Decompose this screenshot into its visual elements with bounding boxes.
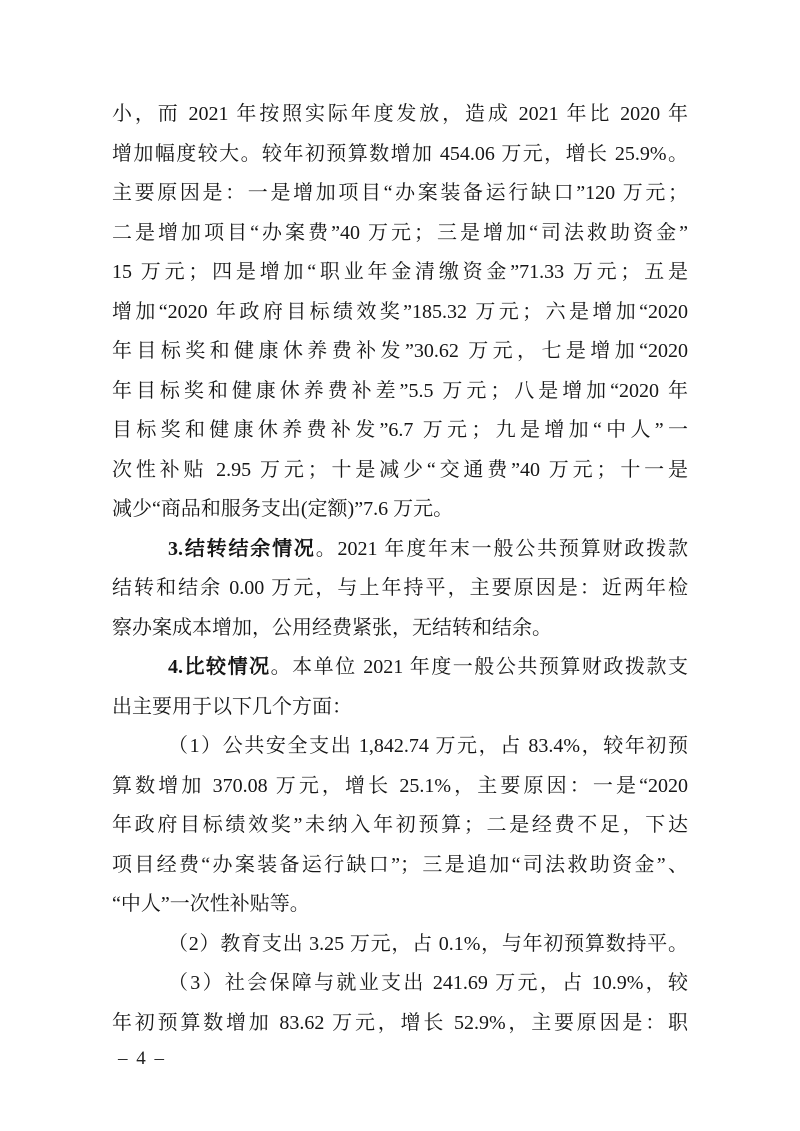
text-run: 主要原因是：一是增加项目“办案装备运行缺口”120 万元； <box>112 182 688 204</box>
text-line: 4.比较情况。本单位 2021 年度一般公共预算财政拨款支 <box>112 648 688 688</box>
text-run: 目标奖和健康休养费补发”6.7 万元；九是增加“中人”一 <box>112 419 688 441</box>
text-line: （1）公共安全支出 1,842.74 万元，占 83.4%，较年初预 <box>112 727 688 767</box>
text-line: 15 万元；四是增加“职业年金清缴资金”71.33 万元；五是 <box>112 253 688 293</box>
text-run: 。2021 年度年末一般公共预算财政拨款 <box>316 538 688 560</box>
text-line: 次性补贴 2.95 万元；十是减少“交通费”40 万元；十一是 <box>112 451 688 491</box>
text-block: 小，而 2021 年按照实际年度发放，造成 2021 年比 2020 年增加幅度… <box>112 95 688 1043</box>
text-line: “中人”一次性补贴等。 <box>112 885 688 925</box>
text-line: 3.结转结余情况。2021 年度年末一般公共预算财政拨款 <box>112 530 688 570</box>
text-line: 增加“2020 年政府目标绩效奖”185.32 万元；六是增加“2020 <box>112 293 688 333</box>
text-run: （1）公共安全支出 1,842.74 万元，占 83.4%，较年初预 <box>168 735 688 757</box>
text-run: 15 万元；四是增加“职业年金清缴资金”71.33 万元；五是 <box>112 261 688 283</box>
text-line: 主要原因是：一是增加项目“办案装备运行缺口”120 万元； <box>112 174 688 214</box>
text-line: 二是增加项目“办案费”40 万元；三是增加“司法救助资金” <box>112 214 688 254</box>
text-line: 年目标奖和健康休养费补发”30.62 万元，七是增加“2020 <box>112 332 688 372</box>
text-run: 减少“商品和服务支出(定额)”7.6 万元。 <box>112 498 453 520</box>
text-run: 算数增加 370.08 万元，增长 25.1%，主要原因：一是“2020 <box>112 775 688 797</box>
text-line: 察办案成本增加，公用经费紧张，无结转和结余。 <box>112 609 688 649</box>
page-number: – 4 – <box>118 1046 166 1072</box>
text-line: 项目经费“办案装备运行缺口”；三是追加“司法救助资金”、 <box>112 846 688 886</box>
text-line: 减少“商品和服务支出(定额)”7.6 万元。 <box>112 490 688 530</box>
text-run: 年目标奖和健康休养费补发”30.62 万元，七是增加“2020 <box>112 340 688 362</box>
text-line: （2）教育支出 3.25 万元，占 0.1%，与年初预算数持平。 <box>112 925 688 965</box>
text-line: 目标奖和健康休养费补发”6.7 万元；九是增加“中人”一 <box>112 411 688 451</box>
text-line: （3）社会保障与就业支出 241.69 万元，占 10.9%，较 <box>112 964 688 1004</box>
text-run: 察办案成本增加，公用经费紧张，无结转和结余。 <box>112 617 552 639</box>
text-run: 。本单位 2021 年度一般公共预算财政拨款支 <box>271 656 688 678</box>
text-run: 出主要用于以下几个方面： <box>112 696 352 718</box>
text-run: “中人”一次性补贴等。 <box>112 893 310 915</box>
text-line: 年政府目标绩效奖”未纳入年初预算；二是经费不足，下达 <box>112 806 688 846</box>
text-run: 增加“2020 年政府目标绩效奖”185.32 万元；六是增加“2020 <box>112 301 688 323</box>
text-run: 项目经费“办案装备运行缺口”；三是追加“司法救助资金”、 <box>112 854 688 876</box>
text-run: 二是增加项目“办案费”40 万元；三是增加“司法救助资金” <box>112 222 688 244</box>
text-run: 年目标奖和健康休养费补差”5.5 万元；八是增加“2020 年 <box>112 380 688 402</box>
text-run: 次性补贴 2.95 万元；十是减少“交通费”40 万元；十一是 <box>112 459 688 481</box>
text-line: 结转和结余 0.00 万元，与上年持平，主要原因是：近两年检 <box>112 569 688 609</box>
document-page: 小，而 2021 年按照实际年度发放，造成 2021 年比 2020 年增加幅度… <box>0 0 800 1131</box>
text-run: （2）教育支出 3.25 万元，占 0.1%，与年初预算数持平。 <box>168 933 688 955</box>
text-line: 算数增加 370.08 万元，增长 25.1%，主要原因：一是“2020 <box>112 767 688 807</box>
text-line: 年目标奖和健康休养费补差”5.5 万元；八是增加“2020 年 <box>112 372 688 412</box>
text-line: 年初预算数增加 83.62 万元，增长 52.9%，主要原因是：职 <box>112 1004 688 1044</box>
text-line: 出主要用于以下几个方面： <box>112 688 688 728</box>
text-run: 年政府目标绩效奖”未纳入年初预算；二是经费不足，下达 <box>112 814 688 836</box>
text-line: 增加幅度较大。较年初预算数增加 454.06 万元，增长 25.9%。 <box>112 135 688 175</box>
bold-heading: 4.比较情况 <box>168 656 271 678</box>
text-run: 增加幅度较大。较年初预算数增加 454.06 万元，增长 25.9%。 <box>112 143 688 165</box>
text-line: 小，而 2021 年按照实际年度发放，造成 2021 年比 2020 年 <box>112 95 688 135</box>
text-run: 小，而 2021 年按照实际年度发放，造成 2021 年比 2020 年 <box>112 103 688 125</box>
text-run: 结转和结余 0.00 万元，与上年持平，主要原因是：近两年检 <box>112 577 688 599</box>
bold-heading: 3.结转结余情况 <box>168 538 316 560</box>
text-run: （3）社会保障与就业支出 241.69 万元，占 10.9%，较 <box>168 972 688 994</box>
text-run: 年初预算数增加 83.62 万元，增长 52.9%，主要原因是：职 <box>112 1012 688 1034</box>
